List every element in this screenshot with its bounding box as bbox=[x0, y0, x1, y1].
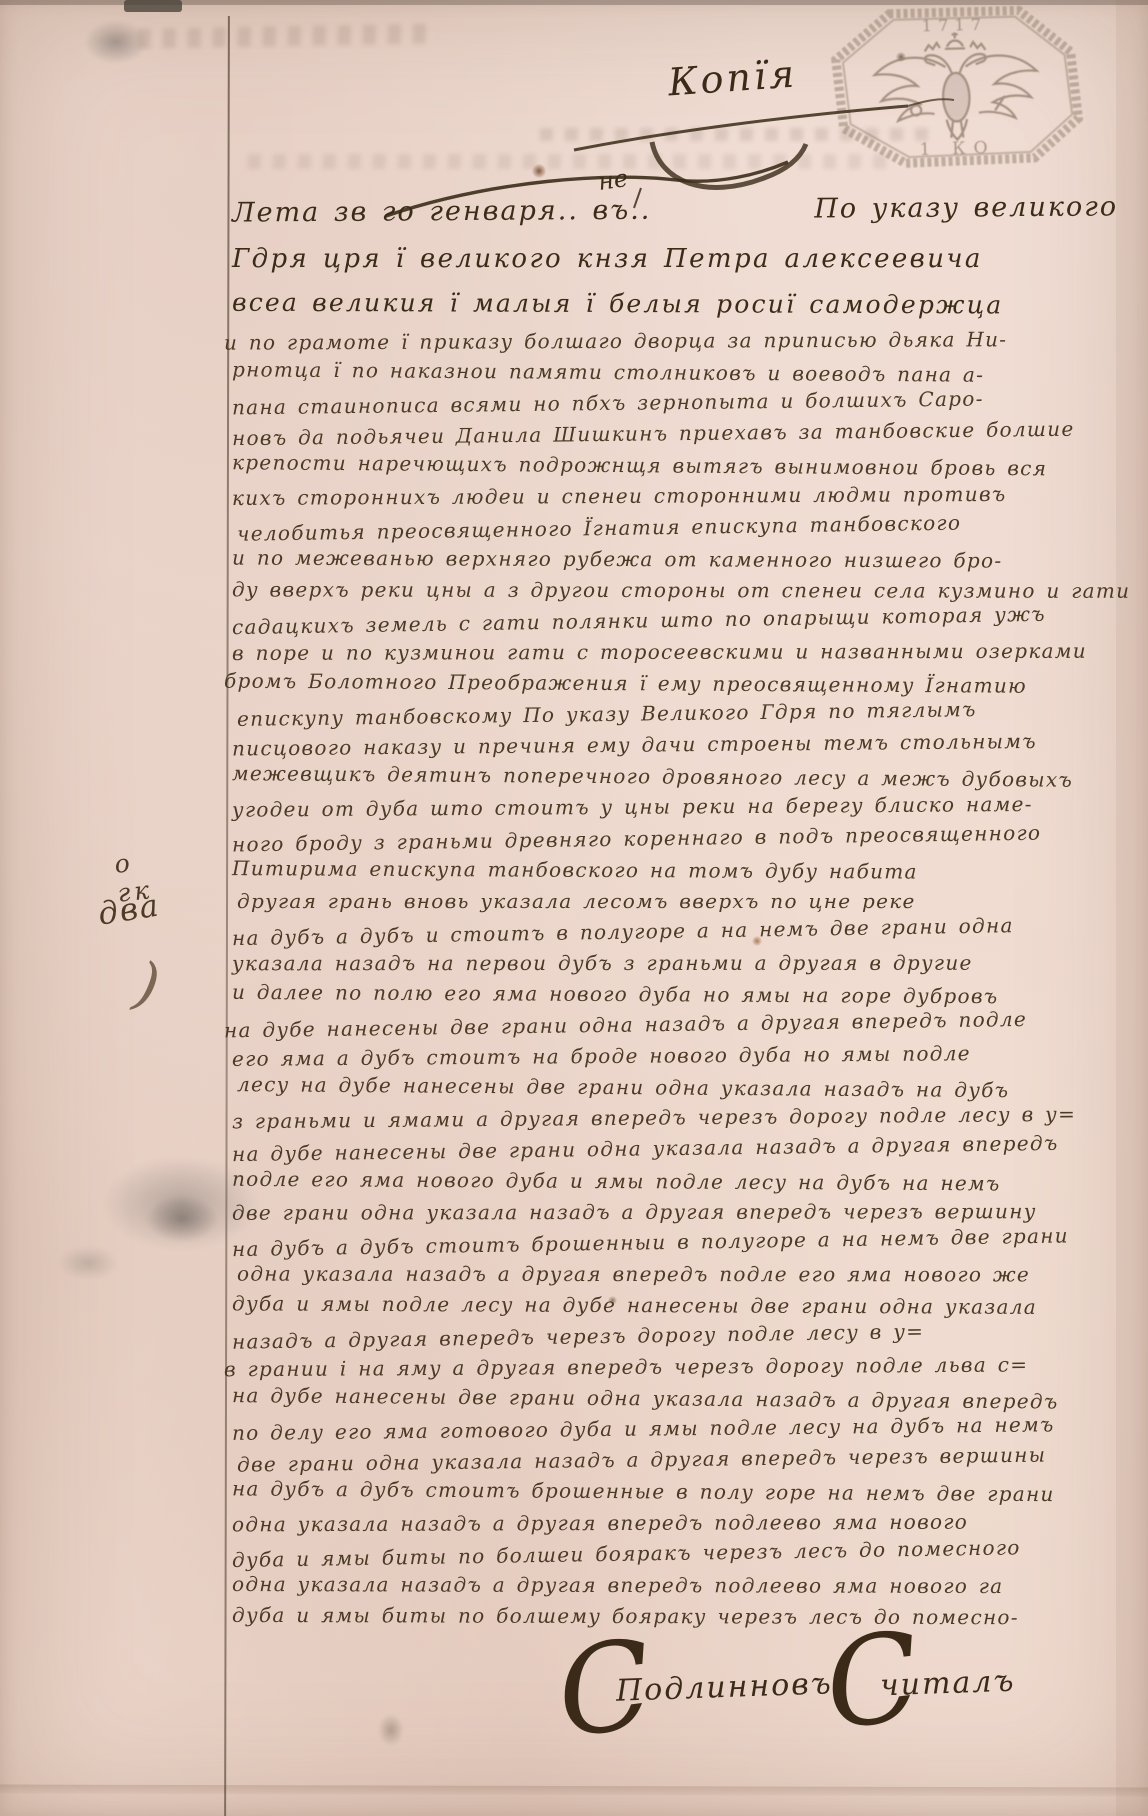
body-lines: и по грамоте ї приказу болшаго дворца за… bbox=[232, 326, 977, 1632]
manuscript-line: одна указала назадъ а другая впередъ под… bbox=[232, 1569, 977, 1602]
copy-header-label: Копїя bbox=[667, 52, 799, 105]
text-column: Лета зв го генваря.. въ.. По указу велик… bbox=[232, 185, 977, 1632]
stamp-year: 1717 bbox=[921, 15, 987, 36]
margin-rule-line bbox=[224, 16, 230, 1816]
ink-stain bbox=[146, 1196, 218, 1242]
attestation-signature: С Подлинновъ С читалъ bbox=[558, 1642, 978, 1812]
double-headed-eagle-stamp-icon: 1717 1 КО bbox=[822, 0, 1090, 173]
manuscript-line: указала назадъ на первои дубъ з граньми … bbox=[232, 948, 977, 980]
ink-stain bbox=[532, 164, 546, 178]
manuscript-line: на дубъ а дубъ стоитъ брошенные в полу г… bbox=[232, 1474, 977, 1510]
ink-stain bbox=[378, 1714, 404, 1746]
dating-clause-line: Лета зв го генваря.. въ.. По указу велик… bbox=[232, 182, 977, 239]
ink-stain bbox=[84, 20, 148, 64]
stamp-denomination: 1 КО bbox=[919, 138, 996, 160]
ink-stain bbox=[58, 1246, 118, 1280]
manuscript-line: в поре и по кузминои гати с торосеевским… bbox=[232, 636, 977, 669]
manuscript-line: подле его яма нового дуба и ямы подле ле… bbox=[232, 1163, 977, 1199]
tsar-title-line: Гдря цря ї великого кнзя Петра алексееви… bbox=[232, 237, 977, 282]
bleed-through bbox=[138, 23, 438, 48]
tsar-title-line: всеа великия ї малыя ї белыя росиї самод… bbox=[232, 281, 977, 328]
manuscript-line: и по грамоте ї приказу болшаго дворца за… bbox=[224, 324, 977, 358]
manuscript-page: 1717 1 КО Копїя не Лета зв го генваря.. … bbox=[0, 0, 1148, 1816]
attestation-word: читалъ bbox=[879, 1664, 1016, 1704]
scan-right-edge bbox=[1116, 0, 1148, 1816]
margin-note-line: два bbox=[96, 887, 163, 932]
attestation-word: Подлинновъ bbox=[615, 1666, 833, 1709]
bleed-through bbox=[248, 154, 896, 169]
manuscript-line: одна указала назадъ а другая впередъ под… bbox=[237, 1258, 977, 1290]
manuscript-line: Питирима епискупа танбовского на томъ ду… bbox=[232, 853, 977, 888]
margin-note-bracket: ) bbox=[129, 948, 165, 1019]
manuscript-line: и по межеванью верхняго рубежа от каменн… bbox=[232, 542, 977, 576]
